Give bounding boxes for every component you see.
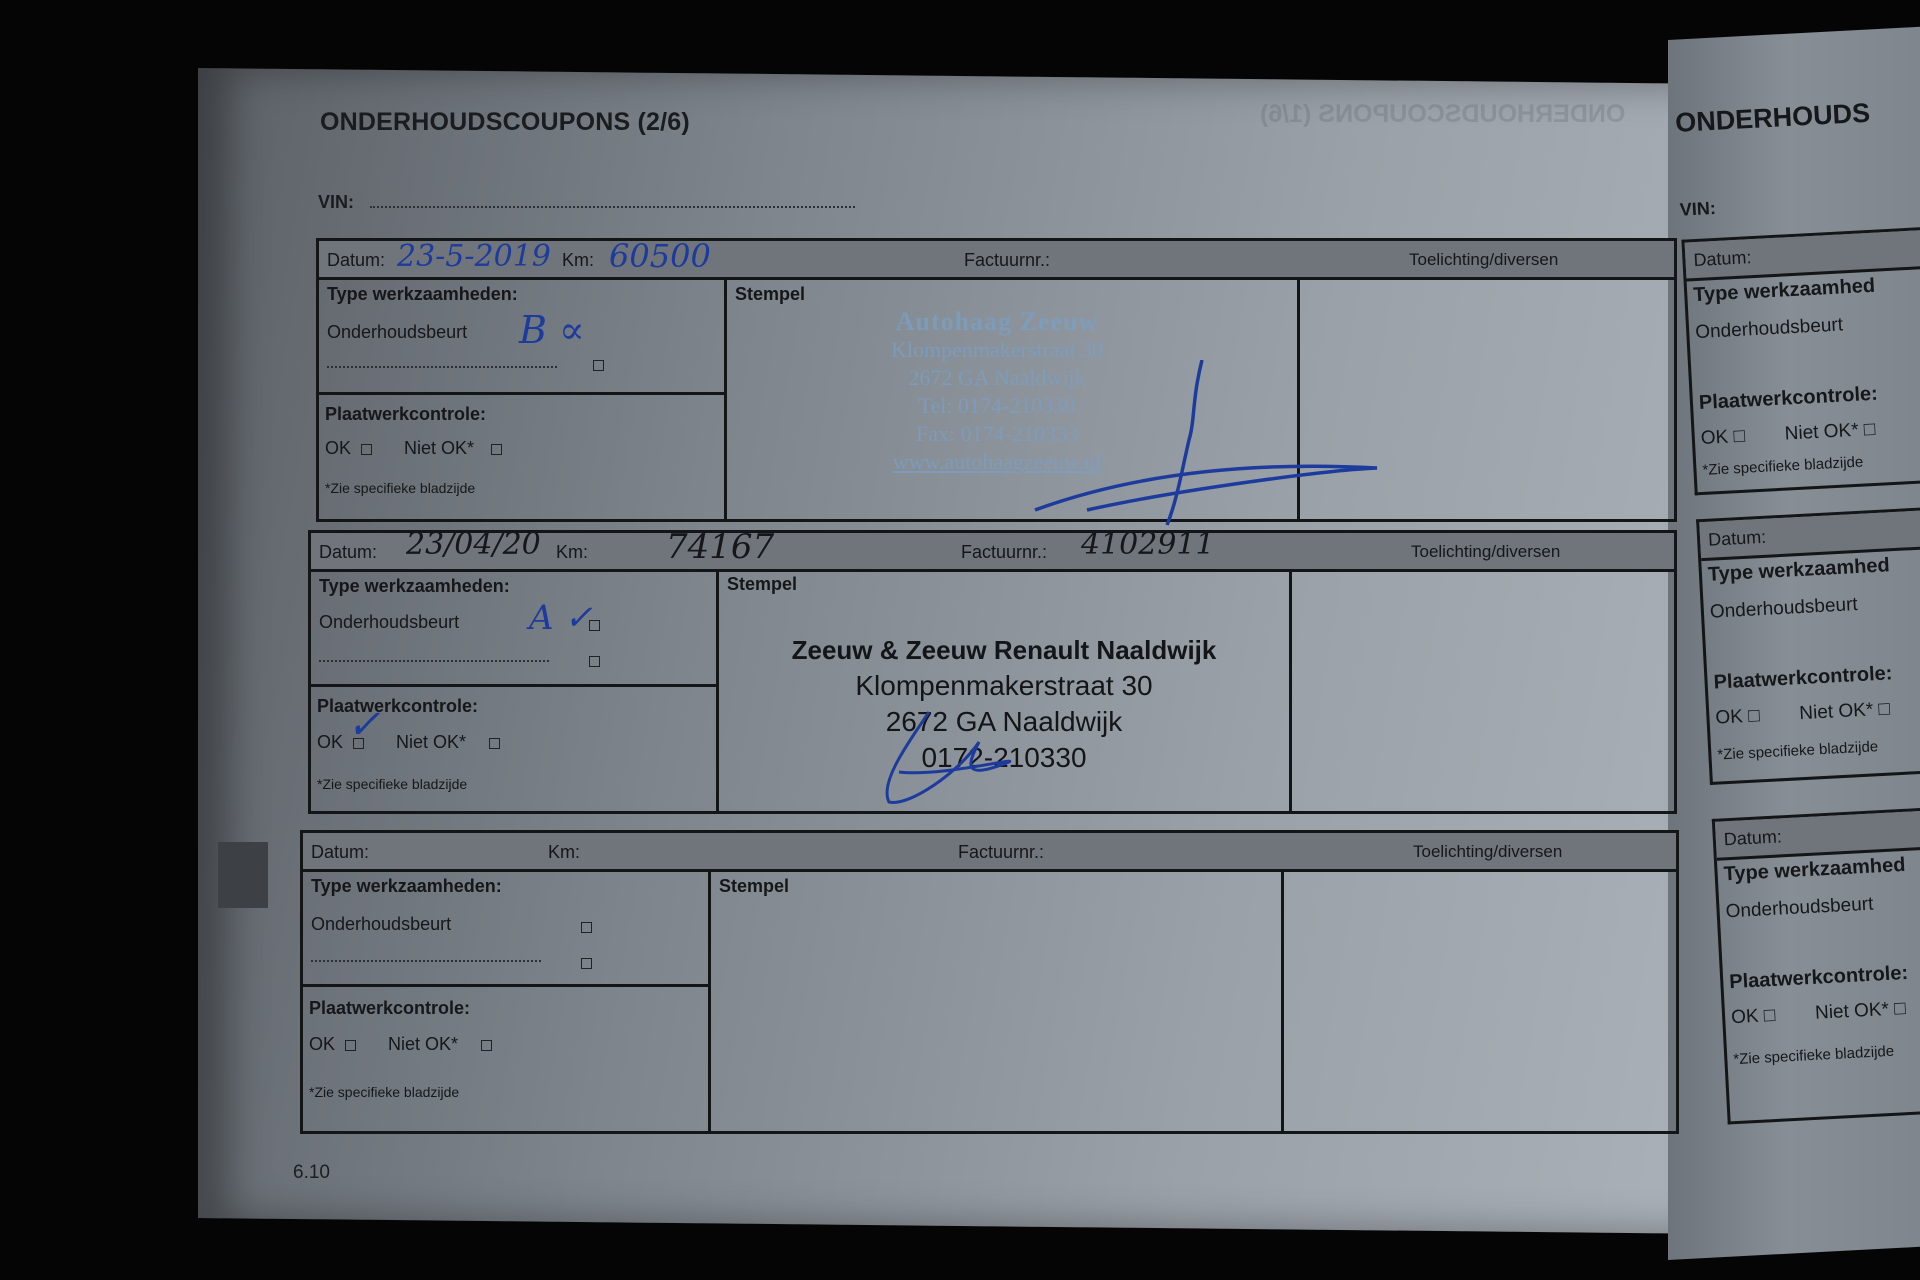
datum-label: Datum:	[311, 842, 369, 863]
type-werkzaamheden-box: Type werkzaamheden: Onderhoudsbeurt B ∝	[319, 280, 724, 395]
toelichting-label: Toelichting/diversen	[1409, 250, 1558, 270]
right-plaatwerk-label: Plaatwerkcontrole:	[1698, 383, 1878, 415]
type-werkzaamheden-label: Type werkzaamheden:	[319, 576, 510, 597]
right-ok-label: OK □	[1731, 1005, 1776, 1029]
toelichting-area[interactable]	[1300, 280, 1674, 519]
right-datum-label: Datum:	[1693, 247, 1752, 271]
km-label: Km:	[562, 250, 594, 271]
ok-label: OK	[317, 732, 343, 753]
right-footnote: *Zie specifieke bladzijde	[1702, 454, 1864, 479]
niet-ok-label: Niet OK*	[388, 1034, 458, 1055]
km-value[interactable]: 60500	[609, 237, 711, 275]
datum-label: Datum:	[319, 542, 377, 563]
other-work-checkbox[interactable]	[589, 656, 600, 667]
right-onderhoudsbeurt-label: Onderhoudsbeurt	[1695, 314, 1844, 344]
toelichting-area[interactable]	[1292, 572, 1674, 811]
stempel-label: Stempel	[735, 284, 805, 305]
right-onderhoudsbeurt-label: Onderhoudsbeurt	[1709, 594, 1858, 624]
onderhoudsbeurt-label: Onderhoudsbeurt	[327, 322, 467, 343]
right-vin-label: VIN:	[1679, 198, 1716, 221]
coupon-header: Datum: 23-5-2019 Km: 60500 Factuurnr.: T…	[319, 241, 1674, 280]
right-niet-ok-label: Niet OK* □	[1815, 998, 1907, 1025]
right-coupon-3: Datum: Type werkzaamhed Onderhoudsbeurt …	[1712, 805, 1920, 1124]
stamp-name: Autohaag Zeeuw	[867, 308, 1127, 336]
toelichting-label: Toelichting/diversen	[1413, 842, 1562, 862]
other-work-field[interactable]	[327, 366, 557, 368]
coupon-header: Datum: Km: Factuurnr.: Toelichting/diver…	[303, 833, 1676, 872]
km-label: Km:	[556, 542, 588, 563]
niet-ok-label: Niet OK*	[404, 438, 474, 459]
factuurnr-label: Factuurnr.:	[964, 250, 1050, 271]
stempel-label: Stempel	[727, 574, 797, 595]
km-label: Km:	[548, 842, 580, 863]
work-column: Type werkzaamheden: Onderhoudsbeurt Plaa…	[303, 872, 711, 1131]
plaatwerkcontrole-label: Plaatwerkcontrole:	[309, 998, 470, 1019]
right-footnote: *Zie specifieke bladzijde	[1717, 738, 1879, 763]
datum-label: Datum:	[327, 250, 385, 271]
footnote: *Zie specifieke bladzijde	[325, 480, 475, 496]
page-tab-marker	[218, 842, 268, 908]
onderhoudsbeurt-checkbox[interactable]	[589, 620, 600, 631]
factuurnr-value[interactable]: 4102911	[1081, 527, 1215, 562]
work-column: Type werkzaamheden: Onderhoudsbeurt B ∝ …	[319, 280, 727, 519]
niet-ok-checkbox[interactable]	[491, 444, 502, 455]
coupon-3: Datum: Km: Factuurnr.: Toelichting/diver…	[300, 830, 1679, 1134]
ok-checkbox[interactable]	[345, 1040, 356, 1051]
right-coupon-2: Datum: Type werkzaamhed Onderhoudsbeurt …	[1696, 506, 1920, 785]
ok-label: OK	[325, 438, 351, 459]
other-work-field[interactable]	[319, 660, 549, 662]
signature-icon	[869, 702, 1069, 812]
stamp-area[interactable]: Stempel	[711, 872, 1284, 1131]
km-value[interactable]: 74167	[666, 527, 774, 567]
right-coupon-1: Datum: Type werkzaamhed Onderhoudsbeurt …	[1681, 226, 1920, 495]
right-niet-ok-label: Niet OK* □	[1784, 419, 1876, 446]
type-werkzaamheden-label: Type werkzaamheden:	[311, 876, 502, 897]
onderhoudsbeurt-label: Onderhoudsbeurt	[311, 914, 451, 935]
footnote: *Zie specifieke bladzijde	[309, 1084, 459, 1100]
other-work-field[interactable]	[311, 960, 541, 962]
niet-ok-checkbox[interactable]	[489, 738, 500, 749]
right-page-title: ONDERHOUDS	[1675, 98, 1871, 139]
page-number: 6.10	[293, 1162, 330, 1184]
plaatwerkcontrole-label: Plaatwerkcontrole:	[325, 404, 486, 425]
page-title: ONDERHOUDSCOUPONS (2/6)	[320, 108, 690, 137]
toelichting-area[interactable]	[1284, 872, 1676, 1131]
ok-check-mark: ✓	[347, 702, 381, 748]
coupon-1: Datum: 23-5-2019 Km: 60500 Factuurnr.: T…	[316, 238, 1677, 522]
right-ok-label: OK □	[1700, 426, 1745, 450]
datum-value[interactable]: 23-5-2019	[397, 239, 551, 274]
factuurnr-label: Factuurnr.:	[958, 842, 1044, 863]
right-plaatwerk-label: Plaatwerkcontrole:	[1729, 962, 1909, 994]
type-werkzaamheden-box: Type werkzaamheden: Onderhoudsbeurt A ✓	[311, 572, 716, 687]
right-datum-label: Datum:	[1708, 527, 1767, 551]
niet-ok-label: Niet OK*	[396, 732, 466, 753]
onderhoudsbeurt-checkbox[interactable]	[581, 922, 592, 933]
bleed-through-title: ONDERHOUDSCOUPONS (1/6)	[1260, 100, 1625, 129]
right-niet-ok-label: Niet OK* □	[1799, 698, 1891, 725]
ok-label: OK	[309, 1034, 335, 1055]
work-column: Type werkzaamheden: Onderhoudsbeurt A ✓ …	[311, 572, 719, 811]
stempel-label: Stempel	[719, 876, 789, 897]
onderhoudsbeurt-mark: B ∝	[519, 308, 585, 352]
other-work-checkbox[interactable]	[581, 958, 592, 969]
right-onderhoudsbeurt-label: Onderhoudsbeurt	[1725, 894, 1874, 924]
toelichting-label: Toelichting/diversen	[1411, 542, 1560, 562]
coupon-2: Datum: 23/04/20 Km: 74167 Factuurnr.: 41…	[308, 530, 1677, 814]
factuurnr-label: Factuurnr.:	[961, 542, 1047, 563]
stamp-name: Zeeuw & Zeeuw Renault Naaldwijk	[769, 632, 1239, 668]
type-werkzaamheden-label: Type werkzaamheden:	[327, 284, 518, 305]
stamp-area: Stempel Autohaag Zeeuw Klompenmakerstraa…	[727, 280, 1300, 519]
right-footnote: *Zie specifieke bladzijde	[1733, 1043, 1895, 1068]
type-werkzaamheden-box: Type werkzaamheden: Onderhoudsbeurt	[303, 872, 708, 987]
onderhoudsbeurt-mark: A ✓	[529, 598, 593, 638]
vin-field[interactable]	[370, 206, 855, 208]
ok-checkbox[interactable]	[361, 444, 372, 455]
coupon-header: Datum: 23/04/20 Km: 74167 Factuurnr.: 41…	[311, 533, 1674, 572]
datum-value[interactable]: 23/04/20	[406, 527, 541, 562]
footnote: *Zie specifieke bladzijde	[317, 776, 467, 792]
right-plaatwerk-label: Plaatwerkcontrole:	[1713, 662, 1893, 694]
plaatwerkcontrole-label: Plaatwerkcontrole:	[317, 696, 478, 717]
right-datum-label: Datum:	[1723, 826, 1782, 850]
niet-ok-checkbox[interactable]	[481, 1040, 492, 1051]
stamp-area: Stempel Zeeuw & Zeeuw Renault Naaldwijk …	[719, 572, 1292, 811]
stamp-street: Klompenmakerstraat 30	[769, 668, 1239, 704]
onderhoudsbeurt-label: Onderhoudsbeurt	[319, 612, 459, 633]
right-ok-label: OK □	[1715, 705, 1760, 729]
other-work-checkbox[interactable]	[593, 360, 604, 371]
vin-label: VIN:	[318, 192, 354, 213]
